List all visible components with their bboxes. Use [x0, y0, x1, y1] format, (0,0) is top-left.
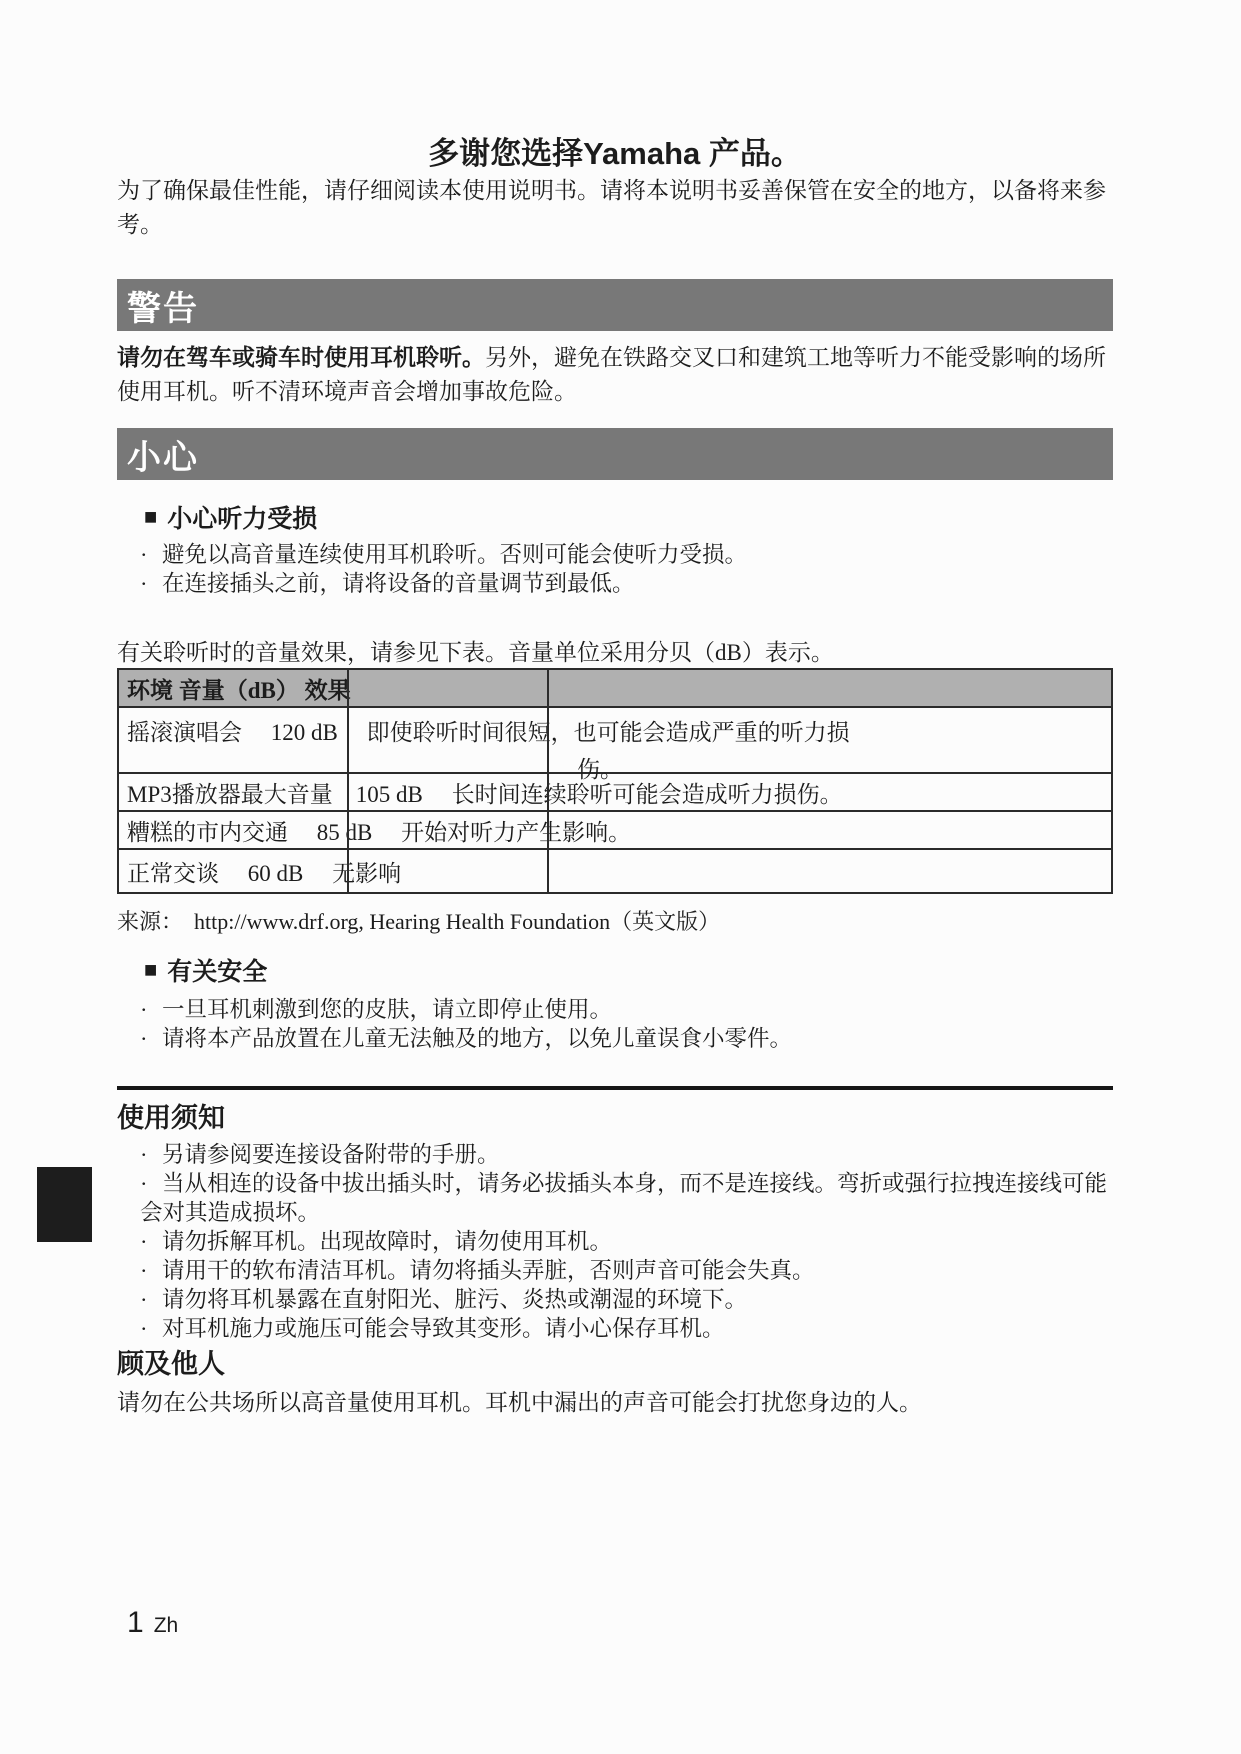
source-citation: 来源： http://www.drf.org, Hearing Health F…: [117, 905, 1117, 936]
section-divider-rule: [117, 1086, 1113, 1090]
safety-heading: ■ 有关安全: [144, 952, 267, 988]
table-row: 正常交谈 60 dB 无影响: [119, 850, 1111, 892]
table-header-text: 环境 音量（dB） 效果: [127, 672, 351, 705]
list-item-text: 当从相连的设备中拔出插头时，请务必拔插头本身，而不是连接线。弯折或强行拉拽连接线…: [140, 1171, 1107, 1225]
table-row-text: 摇滚演唱会 120 dB 即使聆听时间很短，也可能会造成严重的听力损: [127, 714, 1111, 747]
warning-banner: 警告: [117, 279, 1113, 331]
list-item-text: 避免以高音量连续使用耳机聆听。否则可能会使听力受损。: [162, 542, 747, 567]
bullet-dot-icon: ·: [140, 995, 162, 1024]
consideration-paragraph: 请勿在公共场所以高音量使用耳机。耳机中漏出的声音可能会打扰您身边的人。: [117, 1386, 1119, 1420]
list-item: ·请勿拆解耳机。出现故障时，请勿使用耳机。: [140, 1227, 1116, 1256]
list-item-text: 请勿将耳机暴露在直射阳光、脏污、炎热或潮湿的环境下。: [162, 1287, 747, 1312]
page-edge-tab-marker: [37, 1167, 92, 1242]
list-item-text: 请用干的软布清洁耳机。请勿将插头弄脏，否则声音可能会失真。: [162, 1258, 815, 1283]
caution-banner: 小心: [117, 428, 1113, 480]
usage-notes-heading: 使用须知: [117, 1096, 225, 1135]
bullet-dot-icon: ·: [140, 1285, 162, 1314]
page-language-code: Zh: [154, 1614, 179, 1638]
list-item-text: 一旦耳机刺激到您的皮肤，请立即停止使用。: [162, 997, 612, 1022]
page-footer: 1 Zh: [127, 1606, 178, 1640]
list-item-text: 请勿拆解耳机。出现故障时，请勿使用耳机。: [162, 1229, 612, 1254]
list-item: ·请用干的软布清洁耳机。请勿将插头弄脏，否则声音可能会失真。: [140, 1256, 1116, 1285]
caution-banner-label: 小心: [117, 430, 199, 479]
list-item-text: 对耳机施力或施压可能会导致其变形。请小心保存耳机。: [162, 1316, 725, 1341]
list-item: ·请将本产品放置在儿童无法触及的地方，以免儿童误食小零件。: [140, 1024, 1116, 1053]
table-row: MP3播放器最大音量 105 dB 长时间连续聆听可能会造成听力损伤。: [119, 774, 1111, 812]
consideration-heading: 顾及他人: [117, 1342, 225, 1381]
list-item-text: 在连接插头之前，请将设备的音量调节到最低。: [162, 571, 635, 596]
warning-banner-label: 警告: [117, 281, 199, 330]
hearing-bullet-list: ·避免以高音量连续使用耳机聆听。否则可能会使听力受损。 ·在连接插头之前，请将设…: [140, 540, 1116, 598]
table-header-row: 环境 音量（dB） 效果: [119, 670, 1111, 708]
page-title: 多谢您选择Yamaha 产品。: [117, 128, 1113, 173]
list-item: ·当从相连的设备中拔出插头时，请务必拔插头本身，而不是连接线。弯折或强行拉拽连接…: [140, 1169, 1116, 1227]
bullet-dot-icon: ·: [140, 1256, 162, 1285]
list-item-text: 请将本产品放置在儿童无法触及的地方，以免儿童误食小零件。: [162, 1026, 792, 1051]
table-row: 摇滚演唱会 120 dB 即使聆听时间很短，也可能会造成严重的听力损 伤。: [119, 708, 1111, 774]
list-item: ·一旦耳机刺激到您的皮肤，请立即停止使用。: [140, 995, 1116, 1024]
intro-paragraph: 为了确保最佳性能，请仔细阅读本使用说明书。请将本说明书妥善保管在安全的地方，以备…: [117, 174, 1117, 242]
bullet-dot-icon: ·: [140, 569, 162, 598]
table-intro-paragraph: 有关聆听时的音量效果，请参见下表。音量单位采用分贝（dB）表示。: [117, 634, 1117, 667]
bullet-dot-icon: ·: [140, 1140, 162, 1169]
volume-effect-table: 环境 音量（dB） 效果 摇滚演唱会 120 dB 即使聆听时间很短，也可能会造…: [117, 668, 1113, 894]
table-row-text: 糟糕的市内交通 85 dB 开始对听力产生影响。: [127, 814, 631, 847]
hearing-damage-heading-text: 小心听力受损: [167, 499, 317, 535]
bullet-dot-icon: ·: [140, 540, 162, 569]
manual-page: 多谢您选择Yamaha 产品。 为了确保最佳性能，请仔细阅读本使用说明书。请将本…: [0, 0, 1241, 1754]
bullet-dot-icon: ·: [140, 1227, 162, 1256]
list-item: ·请勿将耳机暴露在直射阳光、脏污、炎热或潮湿的环境下。: [140, 1285, 1116, 1314]
bullet-dot-icon: ·: [140, 1024, 162, 1053]
page-number: 1: [127, 1606, 144, 1640]
table-row: 糟糕的市内交通 85 dB 开始对听力产生影响。: [119, 812, 1111, 850]
table-column-divider: [347, 670, 349, 892]
square-bullet-icon: ■: [144, 959, 157, 981]
safety-heading-text: 有关安全: [167, 952, 267, 988]
table-column-divider: [547, 670, 549, 892]
bullet-dot-icon: ·: [140, 1169, 162, 1198]
list-item: ·对耳机施力或施压可能会导致其变形。请小心保存耳机。: [140, 1314, 1116, 1343]
warning-lead-sentence: 请勿在驾车或骑车时使用耳机聆听。: [117, 344, 485, 370]
list-item: ·在连接插头之前，请将设备的音量调节到最低。: [140, 569, 1116, 598]
table-row-text: 正常交谈 60 dB 无影响: [127, 855, 401, 888]
bullet-dot-icon: ·: [140, 1314, 162, 1343]
square-bullet-icon: ■: [144, 506, 157, 528]
list-item-text: 另请参阅要连接设备附带的手册。: [162, 1142, 500, 1167]
hearing-damage-heading: ■ 小心听力受损: [144, 499, 317, 535]
table-row-text: MP3播放器最大音量 105 dB 长时间连续聆听可能会造成听力损伤。: [127, 776, 843, 809]
list-item: ·另请参阅要连接设备附带的手册。: [140, 1140, 1116, 1169]
warning-paragraph: 请勿在驾车或骑车时使用耳机聆听。另外，避免在铁路交叉口和建筑工地等听力不能受影响…: [117, 340, 1119, 409]
list-item: ·避免以高音量连续使用耳机聆听。否则可能会使听力受损。: [140, 540, 1116, 569]
safety-bullet-list: ·一旦耳机刺激到您的皮肤，请立即停止使用。 ·请将本产品放置在儿童无法触及的地方…: [140, 995, 1116, 1053]
usage-notes-list: ·另请参阅要连接设备附带的手册。 ·当从相连的设备中拔出插头时，请务必拔插头本身…: [140, 1140, 1116, 1343]
